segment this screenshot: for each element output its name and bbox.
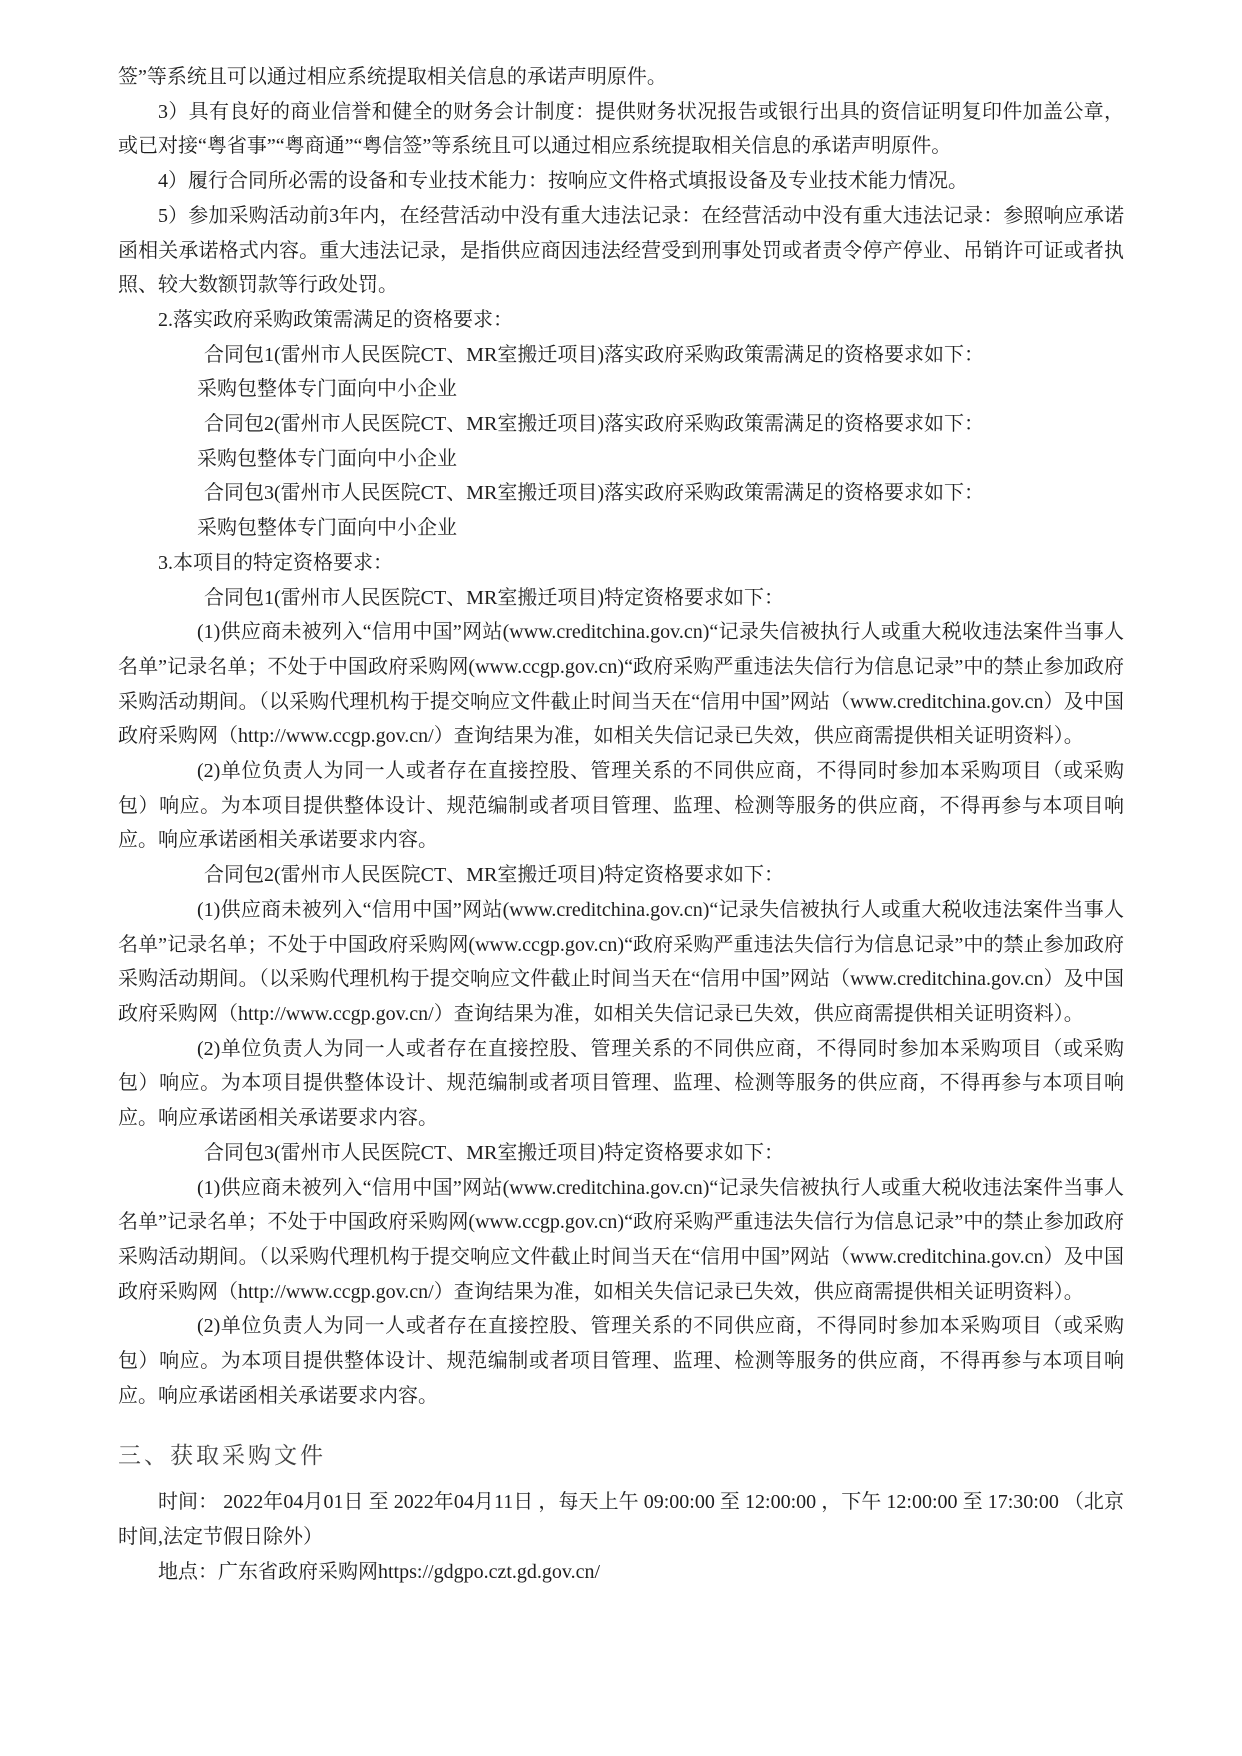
paragraph: 合同包3(雷州市人民医院CT、MR室搬迁项目)特定资格要求如下：: [118, 1136, 1124, 1171]
paragraph: 采购包整体专门面向中小企业: [118, 511, 1124, 546]
paragraph: 3）具有良好的商业信誉和健全的财务会计制度：提供财务状况报告或银行出具的资信证明…: [118, 95, 1124, 164]
paragraph: 合同包3(雷州市人民医院CT、MR室搬迁项目)落实政府采购政策需满足的资格要求如…: [118, 476, 1124, 511]
paragraph: 合同包1(雷州市人民医院CT、MR室搬迁项目)落实政府采购政策需满足的资格要求如…: [118, 338, 1124, 373]
paragraph: 采购包整体专门面向中小企业: [118, 372, 1124, 407]
paragraph: 4）履行合同所必需的设备和专业技术能力：按响应文件格式填报设备及专业技术能力情况…: [118, 164, 1124, 199]
paragraph: 合同包1(雷州市人民医院CT、MR室搬迁项目)特定资格要求如下：: [118, 581, 1124, 616]
paragraph: (1)供应商未被列入“信用中国”网站(www.creditchina.gov.c…: [118, 893, 1124, 1032]
paragraph: 地点：广东省政府采购网https://gdgpo.czt.gd.gov.cn/: [118, 1555, 1124, 1590]
paragraph: (2)单位负责人为同一人或者存在直接控股、管理关系的不同供应商，不得同时参加本采…: [118, 1309, 1124, 1413]
paragraph: (2)单位负责人为同一人或者存在直接控股、管理关系的不同供应商，不得同时参加本采…: [118, 754, 1124, 858]
paragraph: 5）参加采购活动前3年内，在经营活动中没有重大违法记录：在经营活动中没有重大违法…: [118, 199, 1124, 303]
procurement-notice-page: 签”等系统且可以通过相应系统提取相关信息的承诺声明原件。3）具有良好的商业信誉和…: [118, 60, 1124, 1590]
paragraph: 3.本项目的特定资格要求：: [118, 546, 1124, 581]
paragraph: 合同包2(雷州市人民医院CT、MR室搬迁项目)特定资格要求如下：: [118, 858, 1124, 893]
paragraph: 2.落实政府采购政策需满足的资格要求：: [118, 303, 1124, 338]
paragraph: (2)单位负责人为同一人或者存在直接控股、管理关系的不同供应商，不得同时参加本采…: [118, 1032, 1124, 1136]
paragraph: 合同包2(雷州市人民医院CT、MR室搬迁项目)落实政府采购政策需满足的资格要求如…: [118, 407, 1124, 442]
paragraph: 签”等系统且可以通过相应系统提取相关信息的承诺声明原件。: [118, 60, 1124, 95]
paragraph: (1)供应商未被列入“信用中国”网站(www.creditchina.gov.c…: [118, 1171, 1124, 1310]
paragraph: 采购包整体专门面向中小企业: [118, 442, 1124, 477]
paragraph: 时间： 2022年04月01日 至 2022年04月11日 ，每天上午 09:0…: [118, 1485, 1124, 1554]
section-heading: 三、获取采购文件: [118, 1437, 1124, 1475]
paragraph: (1)供应商未被列入“信用中国”网站(www.creditchina.gov.c…: [118, 615, 1124, 754]
